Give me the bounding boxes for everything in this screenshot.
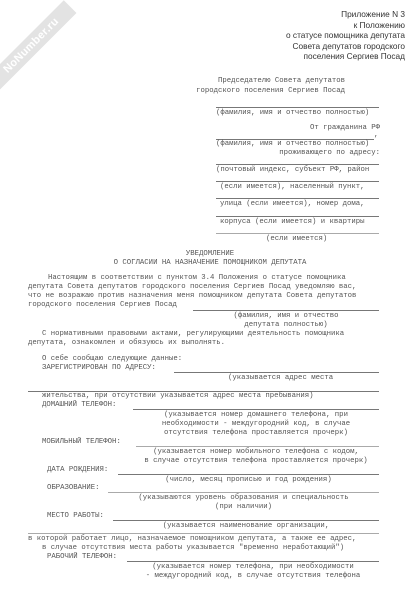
deputy-name-hint-1: (фамилия, имя и отчество: [193, 312, 379, 321]
address-hint-2: (если имеется), населенный пункт,: [220, 183, 365, 192]
work-phone-hint-1: (указывается номер телефона, при необход…: [127, 563, 379, 572]
annex-header: Приложение N 3 к Положению о статусе пом…: [286, 9, 405, 62]
work-phone-label: РАБОЧИЙ ТЕЛЕФОН:: [47, 553, 117, 562]
workplace-hint-3: в случае отсутствия места работы указыва…: [42, 544, 344, 553]
workplace-hint-1: (указывается наименование организации,: [113, 522, 379, 531]
home-phone-label: ДОМАШНИЙ ТЕЛЕФОН:: [42, 401, 116, 410]
birth-date-field[interactable]: [118, 474, 379, 475]
body-p1-l1: Настоящим в соответствии с пунктом 3.4 П…: [48, 274, 346, 283]
education-label: ОБРАЗОВАНИЕ:: [47, 484, 100, 493]
annex-line: к Положению: [286, 20, 405, 31]
home-phone-hint-2: необходимости - междугородний код, в слу…: [133, 420, 379, 429]
from-citizen-label: От гражданина РФ: [310, 124, 380, 133]
address-line-2[interactable]: [216, 181, 379, 182]
deputy-name-hint-2: депутата полностью): [193, 321, 379, 330]
registered-hint-2: жительства, при отсутствии указывается а…: [42, 392, 314, 401]
annex-line: Приложение N 3: [286, 9, 405, 20]
body-p1-l3: что не возражаю против назначения меня п…: [28, 292, 356, 301]
body-p1-l2: депутата Совета депутатов городского пос…: [28, 283, 356, 292]
education-hint-2: (при наличии): [108, 503, 379, 512]
registered-address-field[interactable]: [174, 372, 379, 373]
address-line-1[interactable]: [216, 164, 379, 165]
comma: ,: [374, 131, 378, 140]
watermark: NoNumber.ru: [0, 0, 77, 91]
mobile-phone-hint-1: (указывается номер мобильного телефона с…: [133, 448, 379, 457]
work-phone-hint-2: - междугородний код, в случае отсутствия…: [127, 572, 379, 581]
body-p2-l1: С нормативными правовыми актами, регулир…: [42, 330, 344, 339]
home-phone-field[interactable]: [133, 409, 379, 410]
registered-label: ЗАРЕГИСТРИРОВАН ПО АДРЕСУ:: [42, 364, 156, 373]
work-phone-field[interactable]: [127, 561, 379, 562]
annex-line: Совета депутатов городского: [286, 41, 405, 52]
title-line-2: О СОГЛАСИИ НА НАЗНАЧЕНИЕ ПОМОЩНИКОМ ДЕПУ…: [0, 259, 420, 268]
home-phone-hint-3: отсутствия телефона проставляется прочер…: [133, 429, 379, 438]
citizen-name-hint: (фамилия, имя и отчество полностью): [216, 140, 369, 149]
annex-line: поселения Сергиев Посад: [286, 51, 405, 62]
address-hint-5: (если имеется): [266, 235, 327, 244]
mobile-phone-hint-2: в случае отсутствия телефона проставляет…: [133, 457, 379, 466]
title-line-1: УВЕДОМЛЕНИЕ: [0, 250, 420, 259]
address-hint-4: корпуса (если имеется) и квартиры: [220, 218, 365, 227]
birth-date-label: ДАТА РОЖДЕНИЯ:: [47, 466, 108, 475]
address-line-3[interactable]: [216, 198, 379, 199]
residing-label: проживающего по адресу:: [279, 149, 380, 158]
education-hint-1: (указываются уровень образования и специ…: [108, 494, 379, 503]
workplace-label: МЕСТО РАБОТЫ:: [47, 512, 104, 521]
workplace-hint-2: в которой работает лицо, назначаемое пом…: [28, 535, 356, 544]
address-line-4[interactable]: [216, 216, 379, 217]
workplace-field-2[interactable]: [28, 533, 379, 534]
addressee-to-line2: городского поселения Сергиев Посад: [196, 87, 345, 96]
chair-name-hint: (фамилия, имя и отчество полностью): [216, 109, 369, 118]
body-p3: О себе сообщаю следующие данные:: [42, 355, 182, 364]
mobile-phone-field[interactable]: [136, 446, 379, 447]
addressee-to-line1: Председателю Совета депутатов: [218, 77, 345, 86]
education-field[interactable]: [108, 492, 379, 493]
address-hint-1: (почтовый индекс, субъект РФ, район: [216, 166, 369, 175]
body-p1-l4: городского поселения Сергиев Посад: [28, 301, 177, 310]
address-hint-3: улица (если имеется), номер дома,: [220, 200, 365, 209]
workplace-field[interactable]: [113, 520, 379, 521]
notice-title: УВЕДОМЛЕНИЕ О СОГЛАСИИ НА НАЗНАЧЕНИЕ ПОМ…: [0, 250, 420, 268]
address-line-5[interactable]: [216, 233, 379, 234]
birth-date-hint: (число, месяц прописью и год рождения): [118, 476, 379, 485]
home-phone-hint-1: (указывается номер домашнего телефона, п…: [133, 411, 379, 420]
deputy-name-line[interactable]: [193, 310, 379, 311]
body-p2-l2: депутата, ознакомлен и обязуюсь их выпол…: [28, 339, 225, 348]
mobile-phone-label: МОБИЛЬНЫЙ ТЕЛЕФОН:: [42, 438, 121, 447]
registered-hint-1: (указывается адрес места: [228, 374, 333, 383]
chair-name-line[interactable]: [216, 107, 379, 108]
annex-line: о статусе помощника депутата: [286, 30, 405, 41]
